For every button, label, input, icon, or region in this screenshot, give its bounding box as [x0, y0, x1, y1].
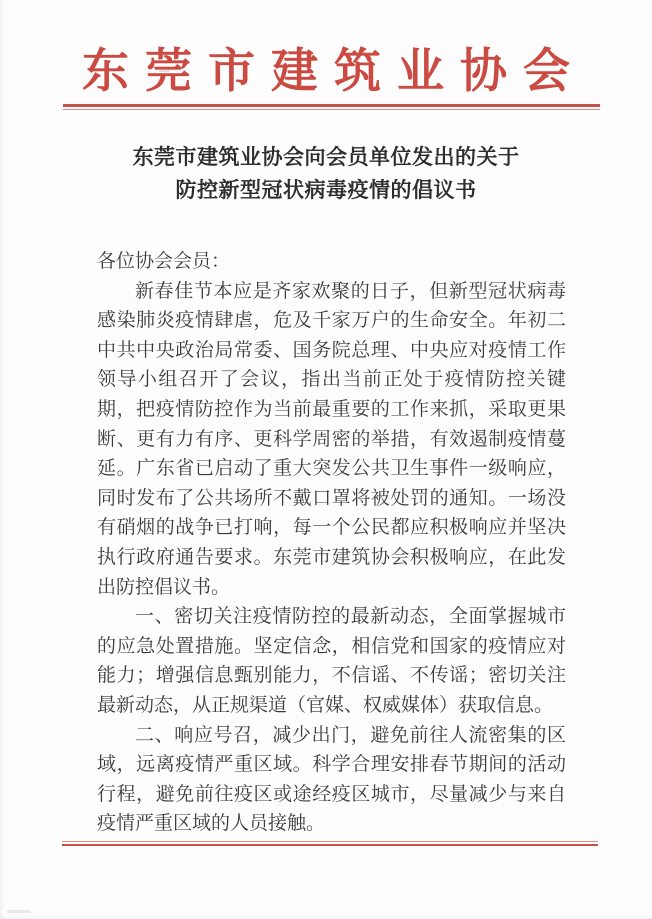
body-paragraph-2: 一、密切关注疫情防控的最新动态，全面掌握城市的应急处置措施。坚定信念，相信党和国… — [97, 602, 566, 720]
body-paragraph-1: 新春佳节本应是齐家欢聚的日子，但新型冠状病毒感染肺炎疫情肆虐，危及千家万户的生命… — [97, 277, 566, 603]
rule-line-thin — [63, 109, 600, 110]
letterhead-org-name: 东莞市建筑业协会 — [0, 34, 652, 101]
footer-double-rule — [62, 841, 598, 846]
body-paragraph-3: 二、响应号召，减少出门，避免前往人流密集的区域，远离疫情严重区域。科学合理安排春… — [97, 721, 566, 839]
document-title-line2: 防控新型冠状病毒疫情的倡议书 — [0, 174, 652, 207]
scanned-document-page: 东莞市建筑业协会 东莞市建筑业协会向会员单位发出的关于 防控新型冠状病毒疫情的倡… — [0, 0, 652, 919]
letterhead-double-rule — [63, 104, 600, 110]
document-title: 东莞市建筑业协会向会员单位发出的关于 防控新型冠状病毒疫情的倡议书 — [0, 141, 652, 207]
scan-artifact — [7, 910, 31, 913]
document-body: 各位协会会员： 新春佳节本应是齐家欢聚的日子，但新型冠状病毒感染肺炎疫情肆虐，危… — [97, 247, 566, 839]
rule-line-thick — [62, 844, 598, 846]
scan-artifact — [159, 70, 170, 72]
document-title-line1: 东莞市建筑业协会向会员单位发出的关于 — [0, 141, 652, 174]
salutation: 各位协会会员： — [97, 247, 566, 277]
